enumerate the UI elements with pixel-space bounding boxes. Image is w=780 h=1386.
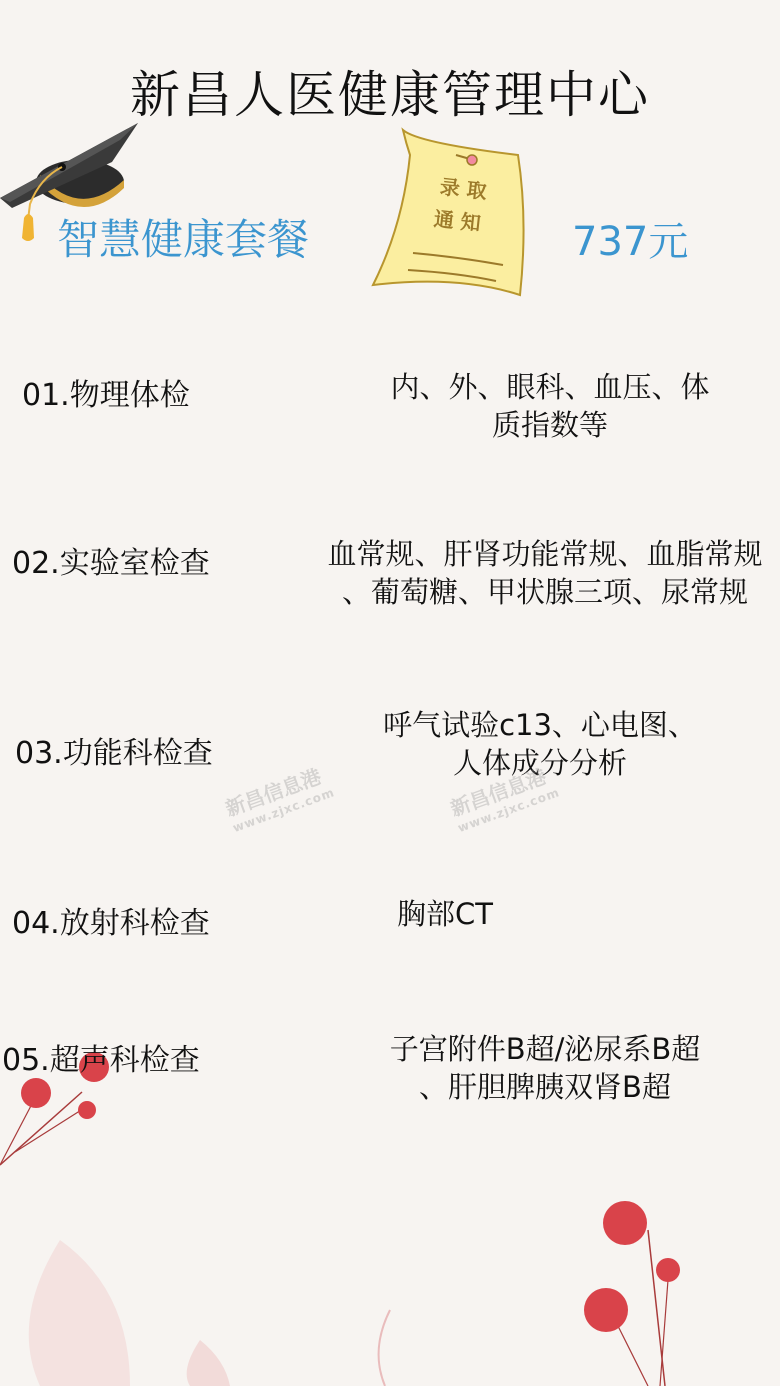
notice-text-line1: 录 取 (439, 171, 489, 205)
item-desc-line: 、肝胆脾胰双肾B超 (340, 1068, 750, 1106)
item-desc-line: 呼气试验c13、心电图、 (340, 706, 740, 744)
item-desc-ultrasound: 子宫附件B超/泌尿系B超 、肝胆脾胰双肾B超 (340, 1030, 750, 1106)
item-label-physical: 01.物理体检 (22, 370, 190, 414)
page-title: 新昌人医健康管理中心 (0, 55, 780, 127)
item-label-ultrasound: 05.超声科检查 (2, 1035, 200, 1079)
item-desc-line: 质指数等 (340, 406, 760, 444)
item-desc-line: 胸部CT (380, 895, 510, 933)
watermark: 新昌信息港 www.zjxc.com (221, 758, 337, 835)
item-desc-physical: 内、外、眼科、血压、体 质指数等 (340, 368, 760, 444)
item-desc-line: 、葡萄糖、甲状腺三项、尿常规 (300, 573, 780, 611)
item-desc-radiology: 胸部CT (380, 895, 510, 933)
notice-text-line2: 通 知 (433, 203, 483, 237)
item-label-radiology: 04.放射科检查 (12, 898, 210, 942)
package-name: 智慧健康套餐 (57, 207, 309, 267)
item-label-lab: 02.实验室检查 (12, 538, 210, 582)
item-desc-lab: 血常规、肝肾功能常规、血脂常规 、葡萄糖、甲状腺三项、尿常规 (300, 535, 780, 611)
package-price: 737元 (572, 210, 688, 267)
item-desc-line: 血常规、肝肾功能常规、血脂常规 (300, 535, 780, 573)
item-label-functional: 03.功能科检查 (15, 728, 213, 772)
item-desc-line: 子宫附件B超/泌尿系B超 (340, 1030, 750, 1068)
item-desc-line: 内、外、眼科、血压、体 (340, 368, 760, 406)
admission-notice-icon: 录 取 通 知 (368, 125, 538, 300)
